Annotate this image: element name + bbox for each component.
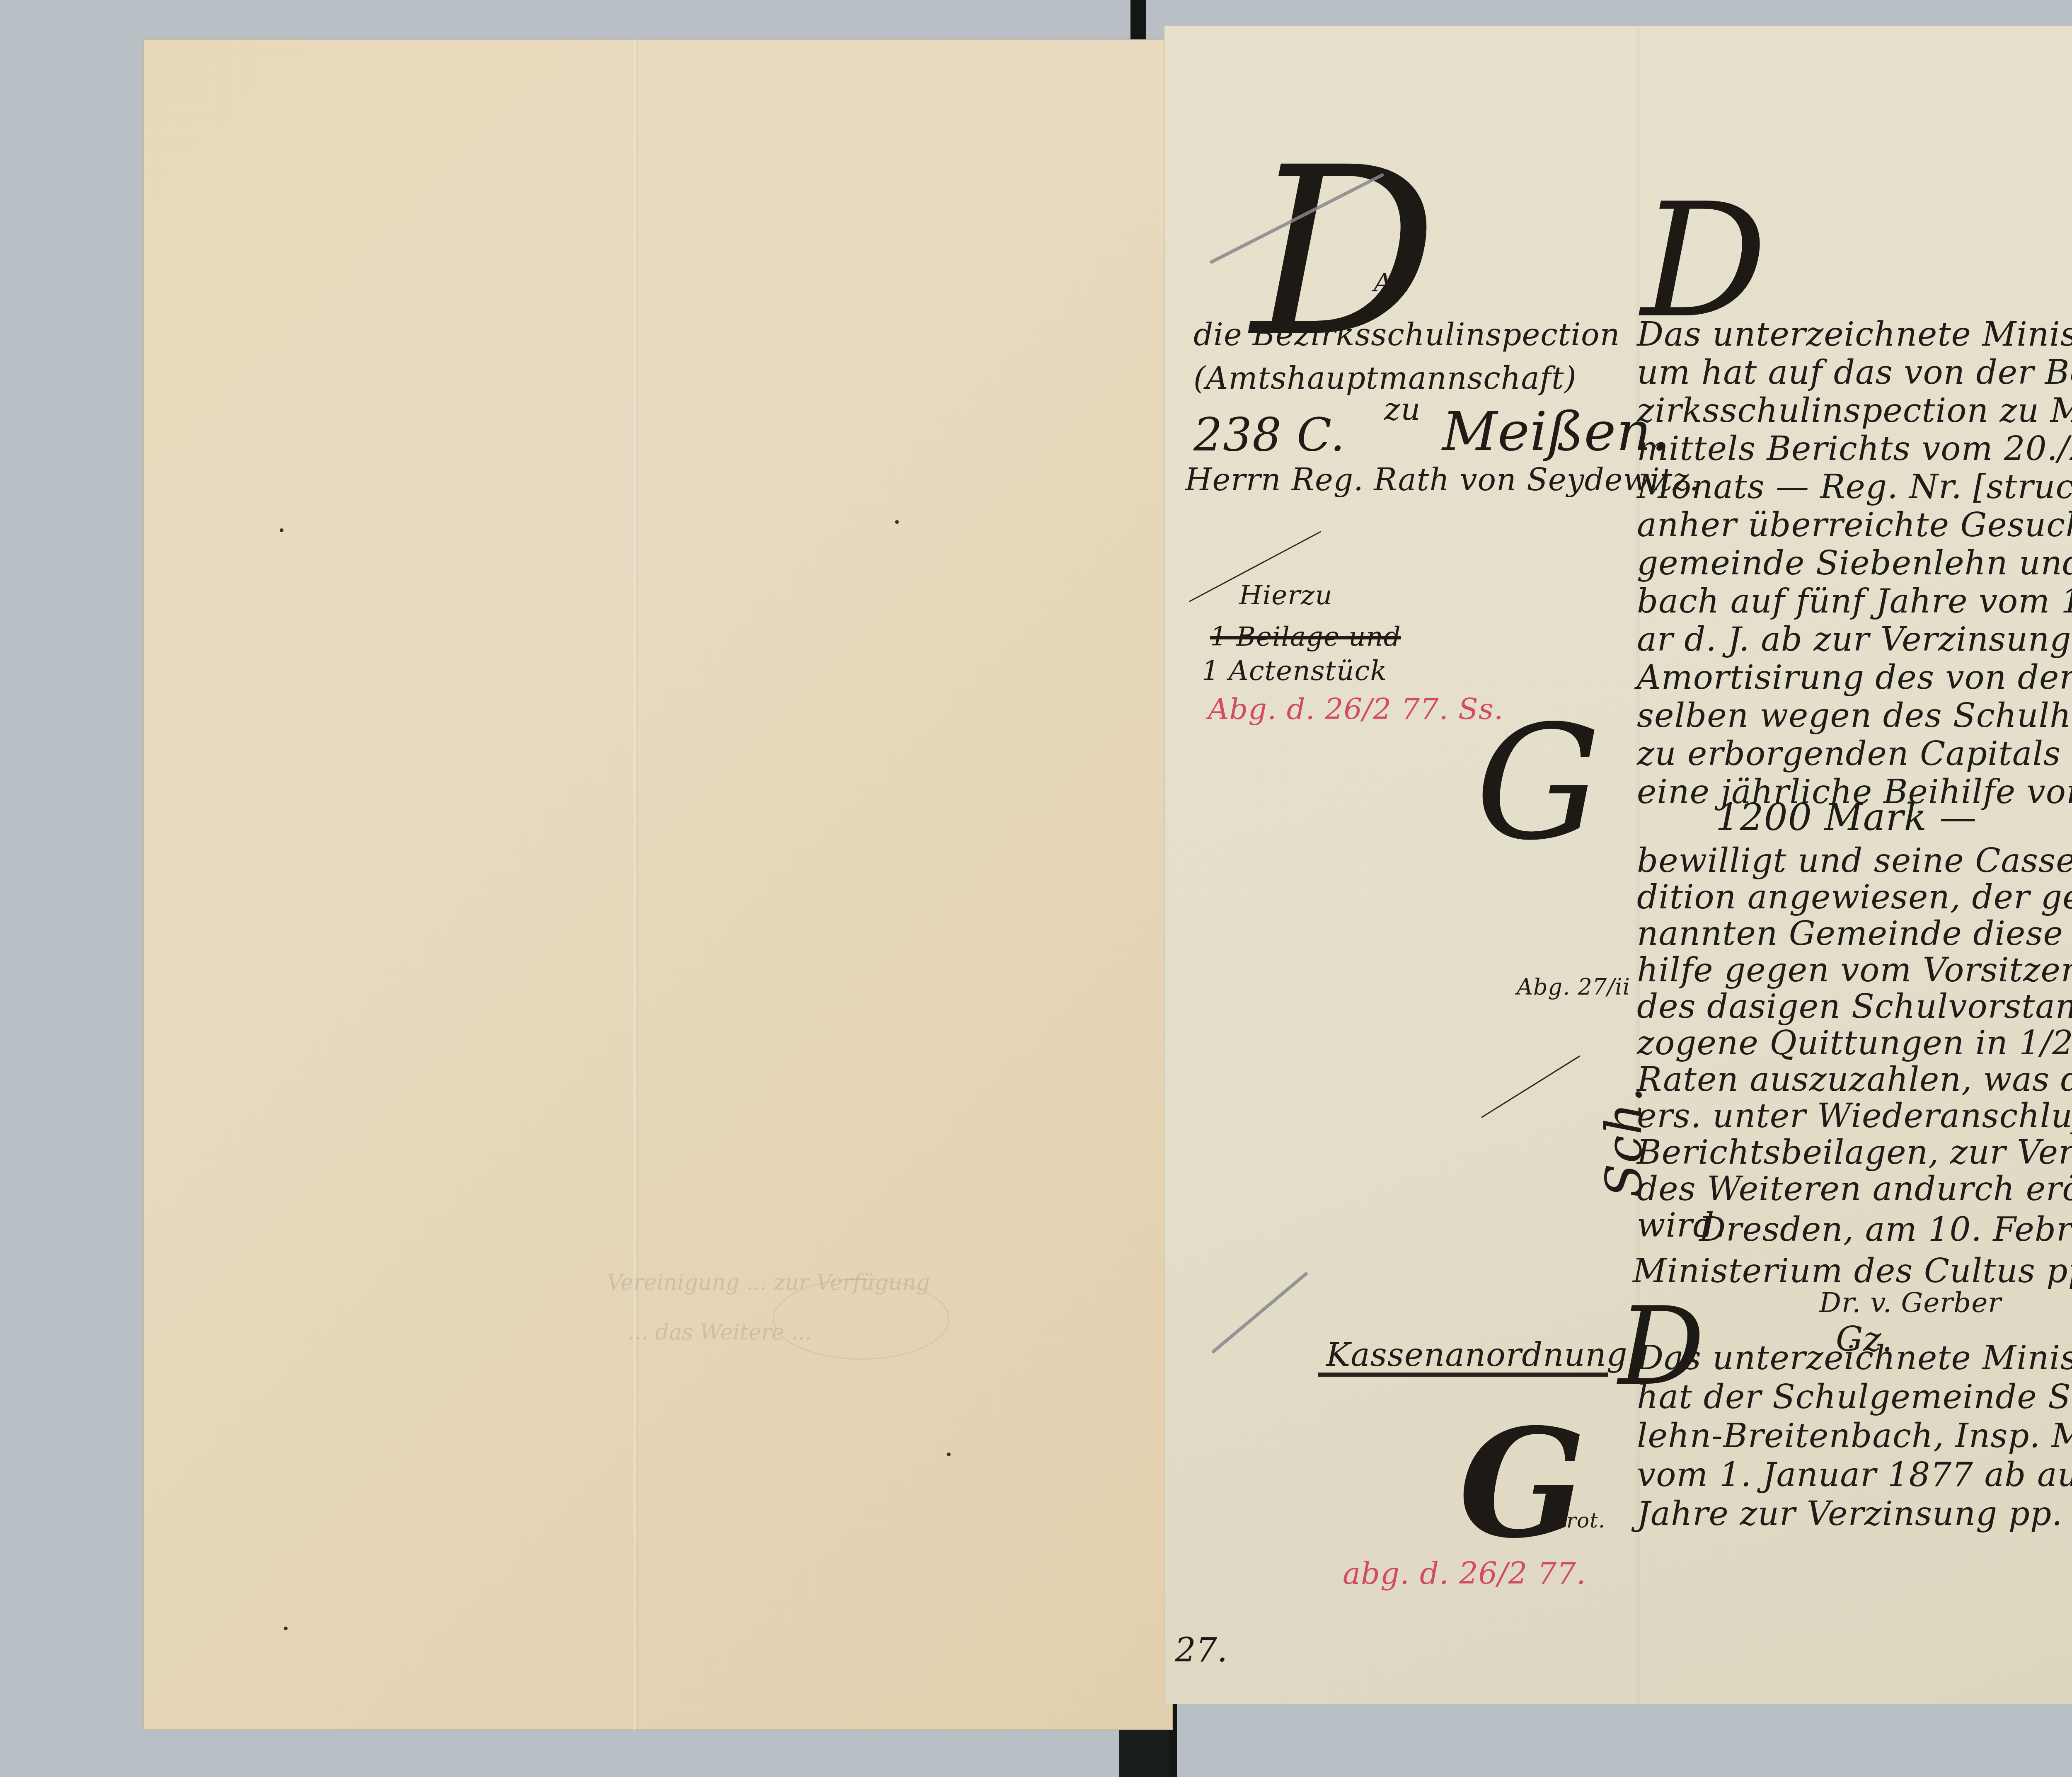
lower-initial: G [1459, 1409, 1586, 1558]
salutation-suffix: An [1374, 267, 1410, 298]
red-dispatch-note-2: abg. d. 26/2 77. [1343, 1556, 1586, 1591]
manuscript-line: hat der Schulgemeinde Sieben- [1637, 1378, 2072, 1416]
manuscript-line: gemeinde Siebenlehn und Breiten- [1637, 544, 2072, 582]
manuscript-line: Das unterzeichnete Ministerium [1637, 1339, 2072, 1377]
signatory-name: Dr. v. Gerber [1819, 1287, 2002, 1319]
recipient-name: Herrn Reg. Rath von Seydewitz. [1185, 462, 1699, 498]
manuscript-line: ers. unter Wiederanschluß der [1637, 1097, 2072, 1135]
enclosure-item: 1 Actenstück [1202, 655, 1387, 687]
place-name: Meißen. [1442, 400, 1669, 463]
paper-speck [895, 520, 899, 524]
manuscript-line: selben wegen des Schulhausneubaus [1637, 696, 2072, 735]
addressee-zu: zu [1384, 392, 1421, 427]
manuscript-line: Das unterzeichnete Ministeri- [1637, 315, 2072, 353]
manuscript-line: zirksschulinspection zu Meißen [1637, 391, 2072, 430]
section-heading: Kassenanordnung. [1326, 1336, 1639, 1374]
abbreviation-note: Abg. 27/ii [1517, 974, 1630, 1000]
side-paraph: Sch. [1595, 1086, 1653, 1198]
paper-speck [947, 1453, 951, 1456]
enclosure-label: Hierzu [1239, 580, 1333, 611]
lower-note: rot. [1566, 1508, 1605, 1532]
reference-number: 238 C. [1193, 408, 1345, 461]
manuscript-line: um hat auf das von der Be- [1637, 353, 2072, 392]
manuscript-line: des dasigen Schulvorstandes voll- [1637, 987, 2072, 1026]
manuscript-line: nannten Gemeinde diese Bei- [1637, 914, 2072, 953]
amount-line: 1200 Mark — [1716, 796, 1977, 839]
manuscript-line: zogene Quittungen in 1/2 jährl. [1637, 1024, 2072, 1062]
manuscript-line: lehn-Breitenbach, Insp. Meißen, [1637, 1416, 2072, 1455]
manuscript-line: Raten auszuzahlen, was der [1637, 1060, 2072, 1099]
addressee-line-2: (Amtshauptmannschaft) [1193, 361, 1577, 396]
manuscript-line: zu erborgenden Capitals [1637, 734, 2061, 773]
paper-speck [284, 1627, 288, 1630]
manuscript-line: ar d. J. ab zur Verzinsung und [1637, 620, 2072, 659]
manuscript-line: Amortisirung des von der- [1637, 658, 2072, 697]
paper-speck [280, 528, 283, 532]
mid-initial: G [1475, 705, 1601, 862]
manuscript-line: bewilligt und seine Cassenexpe- [1637, 841, 2072, 880]
manuscript-line: vom 1. Januar 1877 ab auf fünf [1637, 1455, 2072, 1494]
manuscript-line: mittels Berichts vom 20./27. vor. [1637, 429, 2072, 468]
manuscript-line: Berichtsbeilagen, zur Verfügung [1637, 1133, 2072, 1172]
red-dispatch-note: Abg. d. 26/2 77. Ss. [1208, 692, 1503, 726]
manuscript-line: des Weiteren andurch eröffnet [1637, 1169, 2072, 1208]
left-page-verso: Vereinigung ... zur Verfügung ... das We… [143, 39, 1173, 1730]
manuscript-line: anher überreichte Gesuch der Schul- [1637, 506, 2072, 544]
manuscript-line: Monats — Reg. Nr. [struck] [1637, 467, 2072, 506]
enclosure-struck: 1 Beilage und [1210, 622, 1401, 652]
ghost-stamp-impression [773, 1278, 949, 1360]
addressee-line-1: die Bezirksschulinspection [1193, 317, 1620, 353]
date-line: Dresden, am 10. Febr. 1877. [1699, 1210, 2072, 1249]
binding-shadow [1119, 1730, 1169, 1777]
manuscript-line: bach auf fünf Jahre vom 1. Janu- [1637, 582, 2072, 620]
manuscript-line: hilfe gegen vom Vorsitzenden [1637, 951, 2072, 989]
bottom-folio-number: 27. [1175, 1631, 1227, 1669]
page-fold-crease [632, 39, 638, 1730]
heading-underline [1318, 1373, 1608, 1377]
manuscript-line: Jahre zur Verzinsung pp. — be- [1637, 1494, 2072, 1533]
manuscript-line: dition angewiesen, der ge- [1637, 878, 2072, 916]
